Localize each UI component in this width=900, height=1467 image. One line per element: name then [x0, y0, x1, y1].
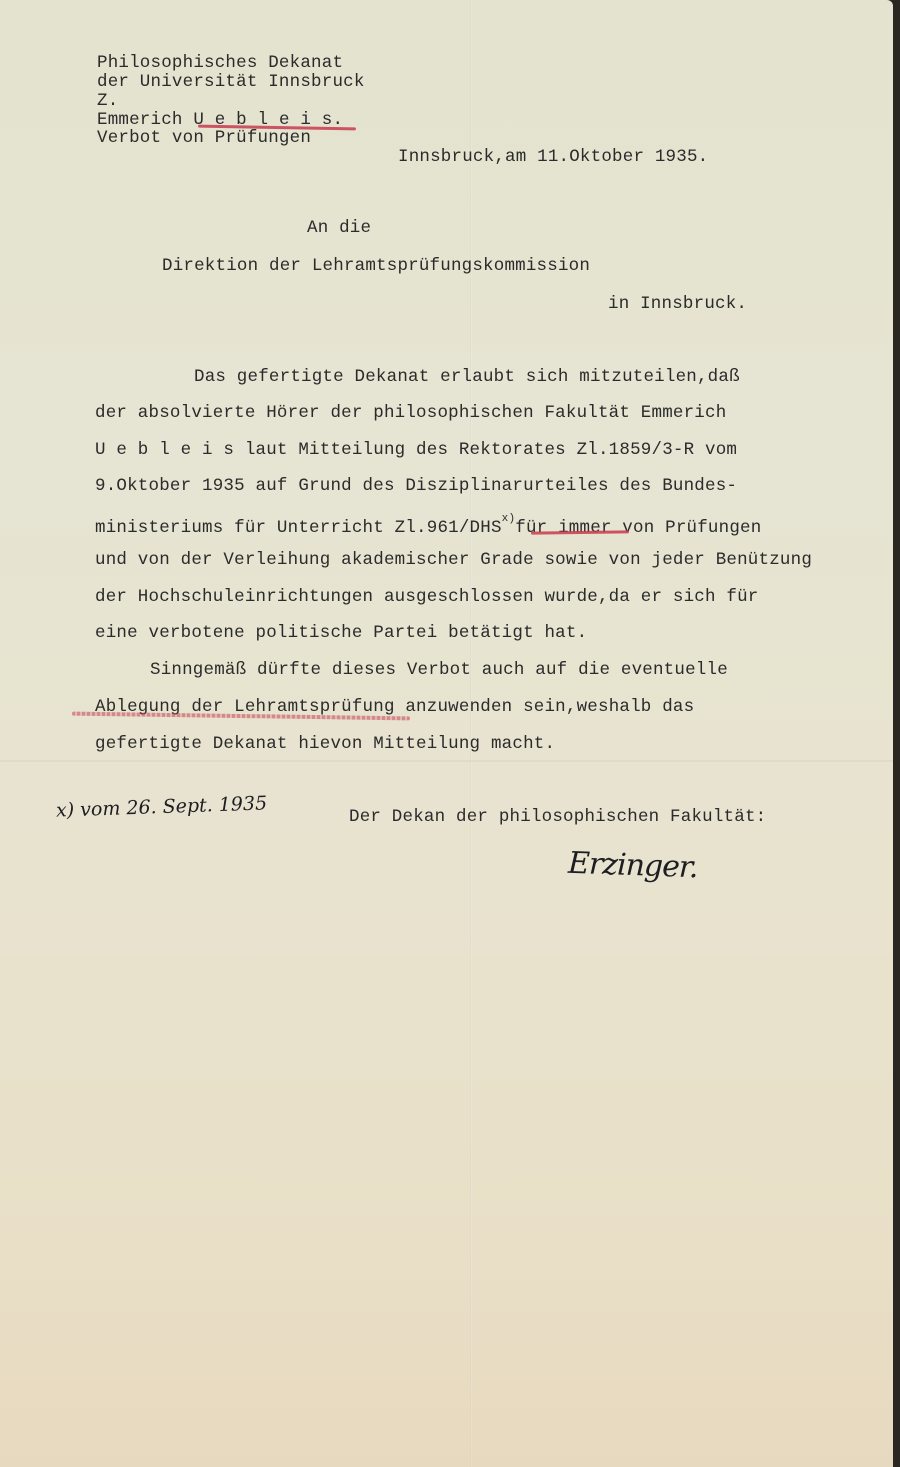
subject-name-prefix: Emmerich: [97, 110, 193, 130]
body-line-start: ministeriums für Unterricht Zl.961/DHS: [95, 518, 502, 538]
body-line-end: anzuwenden sein,weshalb das: [405, 697, 694, 717]
emphasis-fuer-immer: für immer: [515, 518, 611, 538]
document-page: Philosophisches Dekanat der Universität …: [0, 0, 893, 1467]
letterhead-reference: Z.: [97, 91, 118, 111]
body-line: der absolvierte Hörer der philosophische…: [95, 403, 726, 423]
body-line: der Hochschuleinrichtungen ausgeschlosse…: [95, 587, 759, 607]
body-line: ministeriums für Unterricht Zl.961/DHSx)…: [95, 513, 761, 538]
body-line: gefertigte Dekanat hievon Mitteilung mac…: [95, 734, 555, 754]
place-date: Innsbruck,am 11.Oktober 1935.: [398, 147, 708, 167]
body-line: Sinngemäß dürfte dieses Verbot auch auf …: [150, 660, 728, 680]
recipient-organization: Direktion der Lehramtsprüfungskommission: [162, 256, 590, 276]
footnote-mark: x): [502, 513, 516, 525]
signature-title: Der Dekan der philosophischen Fakultät:: [349, 807, 766, 827]
scan-background-edge: [893, 0, 900, 1467]
body-line-end: von Prüfungen: [612, 518, 762, 538]
body-line: 9.Oktober 1935 auf Grund des Disziplinar…: [95, 476, 737, 496]
handwritten-footnote: x) vom 26. Sept. 1935: [56, 792, 268, 821]
recipient-salutation: An die: [307, 218, 371, 238]
body-line: U e b l e i s laut Mitteilung des Rektor…: [95, 440, 737, 460]
recipient-city: in Innsbruck.: [608, 294, 747, 314]
body-line: und von der Verleihung akademischer Grad…: [95, 550, 812, 570]
body-line: Das gefertigte Dekanat erlaubt sich mitz…: [194, 367, 740, 387]
letterhead-line-1: Philosophisches Dekanat: [97, 53, 343, 73]
handwritten-signature: Erzinger.: [567, 846, 698, 885]
letterhead-line-2: der Universität Innsbruck: [97, 72, 365, 92]
body-line: eine verbotene politische Partei betätig…: [95, 623, 587, 643]
subject-line: Verbot von Prüfungen: [97, 128, 311, 148]
paper-fold-horizontal: [0, 760, 893, 762]
